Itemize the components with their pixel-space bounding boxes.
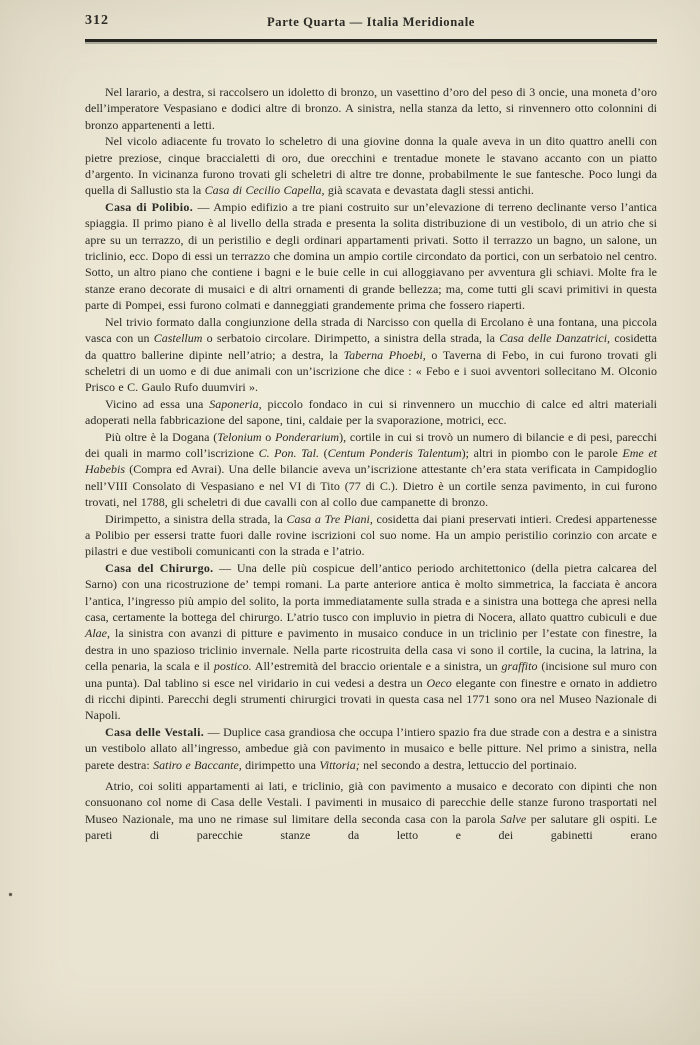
paragraph-text: o serbatoio circolare. Dirimpetto, a sin… — [202, 331, 499, 345]
italic-term: Telonium — [217, 430, 261, 444]
paragraph: Dirimpetto, a sinistra della strada, la … — [85, 511, 657, 560]
paragraph-text: — Ampio edifizio a tre piani costruito s… — [85, 200, 657, 312]
paragraph-text: ( — [319, 446, 328, 460]
paragraph-heading: Casa delle Vestali. — [105, 725, 204, 739]
paragraph-text: o — [262, 430, 276, 444]
italic-term: Oeco — [426, 676, 451, 690]
paragraph-text: Più oltre è la Dogana ( — [105, 430, 217, 444]
paragraph: Atrio, coi soliti appartamenti ai lati, … — [85, 778, 657, 844]
italic-term: Ponderarium — [275, 430, 339, 444]
paragraph-text: già scavata e devastata dagli stessi ant… — [325, 183, 534, 197]
italic-term: Salve — [500, 812, 526, 826]
running-title: Parte Quarta — Italia Meridionale — [85, 15, 657, 30]
italic-term: Taberna Phoebi, — [344, 348, 426, 362]
paragraph: Casa di Polibio. — Ampio edifizio a tre … — [85, 199, 657, 314]
paragraph: Vicino ad essa una Saponeria, piccolo fo… — [85, 396, 657, 429]
paragraph-heading: Casa del Chirurgo. — [105, 561, 213, 575]
italic-term: C. Pon. Tal. — [259, 446, 319, 460]
italic-term: Centum Ponderis Talentum — [328, 446, 462, 460]
paragraph-text: (Compra ed Avrai). Una delle bilancie av… — [85, 462, 657, 509]
paper-speck — [9, 893, 12, 896]
paragraph-text: Dirimpetto, a sinistra della strada, la — [105, 512, 287, 526]
italic-term: postico. — [214, 659, 252, 673]
paragraph-text: Vicino ad essa una — [105, 397, 209, 411]
paragraph-heading: Casa di Polibio. — [105, 200, 193, 214]
italic-term: Casa delle Danzatrici, — [499, 331, 610, 345]
header-rule — [85, 39, 657, 42]
italic-term: Casa di Cecilio Capella, — [205, 183, 325, 197]
paragraph-text: nel secondo a destra, lettuccio del port… — [360, 758, 577, 772]
paragraph-text: All’estremità del braccio orientale e a … — [252, 659, 502, 673]
paragraph: Nel larario, a destra, si raccolsero un … — [85, 84, 657, 133]
italic-term: Casa a Tre Piani, — [287, 512, 373, 526]
italic-term: Alae, — [85, 626, 110, 640]
paragraph: Nel vicolo adiacente fu trovato lo schel… — [85, 133, 657, 199]
paragraph: Nel trivio formato dalla congiunzione de… — [85, 314, 657, 396]
book-page: 312 Parte Quarta — Italia Meridionale Ne… — [0, 0, 700, 1045]
italic-term: Vittoria; — [319, 758, 359, 772]
italic-term: Saponeria, — [209, 397, 261, 411]
italic-term: Castellum — [154, 331, 203, 345]
italic-term: graffito — [501, 659, 537, 673]
paragraph-text: Nel larario, a destra, si raccolsero un … — [85, 85, 657, 132]
page-body: Nel larario, a destra, si raccolsero un … — [85, 84, 657, 844]
paragraph-text: dirimpetto una — [242, 758, 320, 772]
paragraph: Più oltre è la Dogana (Telonium o Ponder… — [85, 429, 657, 511]
italic-term: Satiro e Baccante, — [153, 758, 242, 772]
paragraph-text: ); altri in piombo con le parole — [462, 446, 623, 460]
paragraph: Casa del Chirurgo. — Una delle più cospi… — [85, 560, 657, 724]
paragraph: Casa delle Vestali. — Duplice casa grand… — [85, 724, 657, 773]
